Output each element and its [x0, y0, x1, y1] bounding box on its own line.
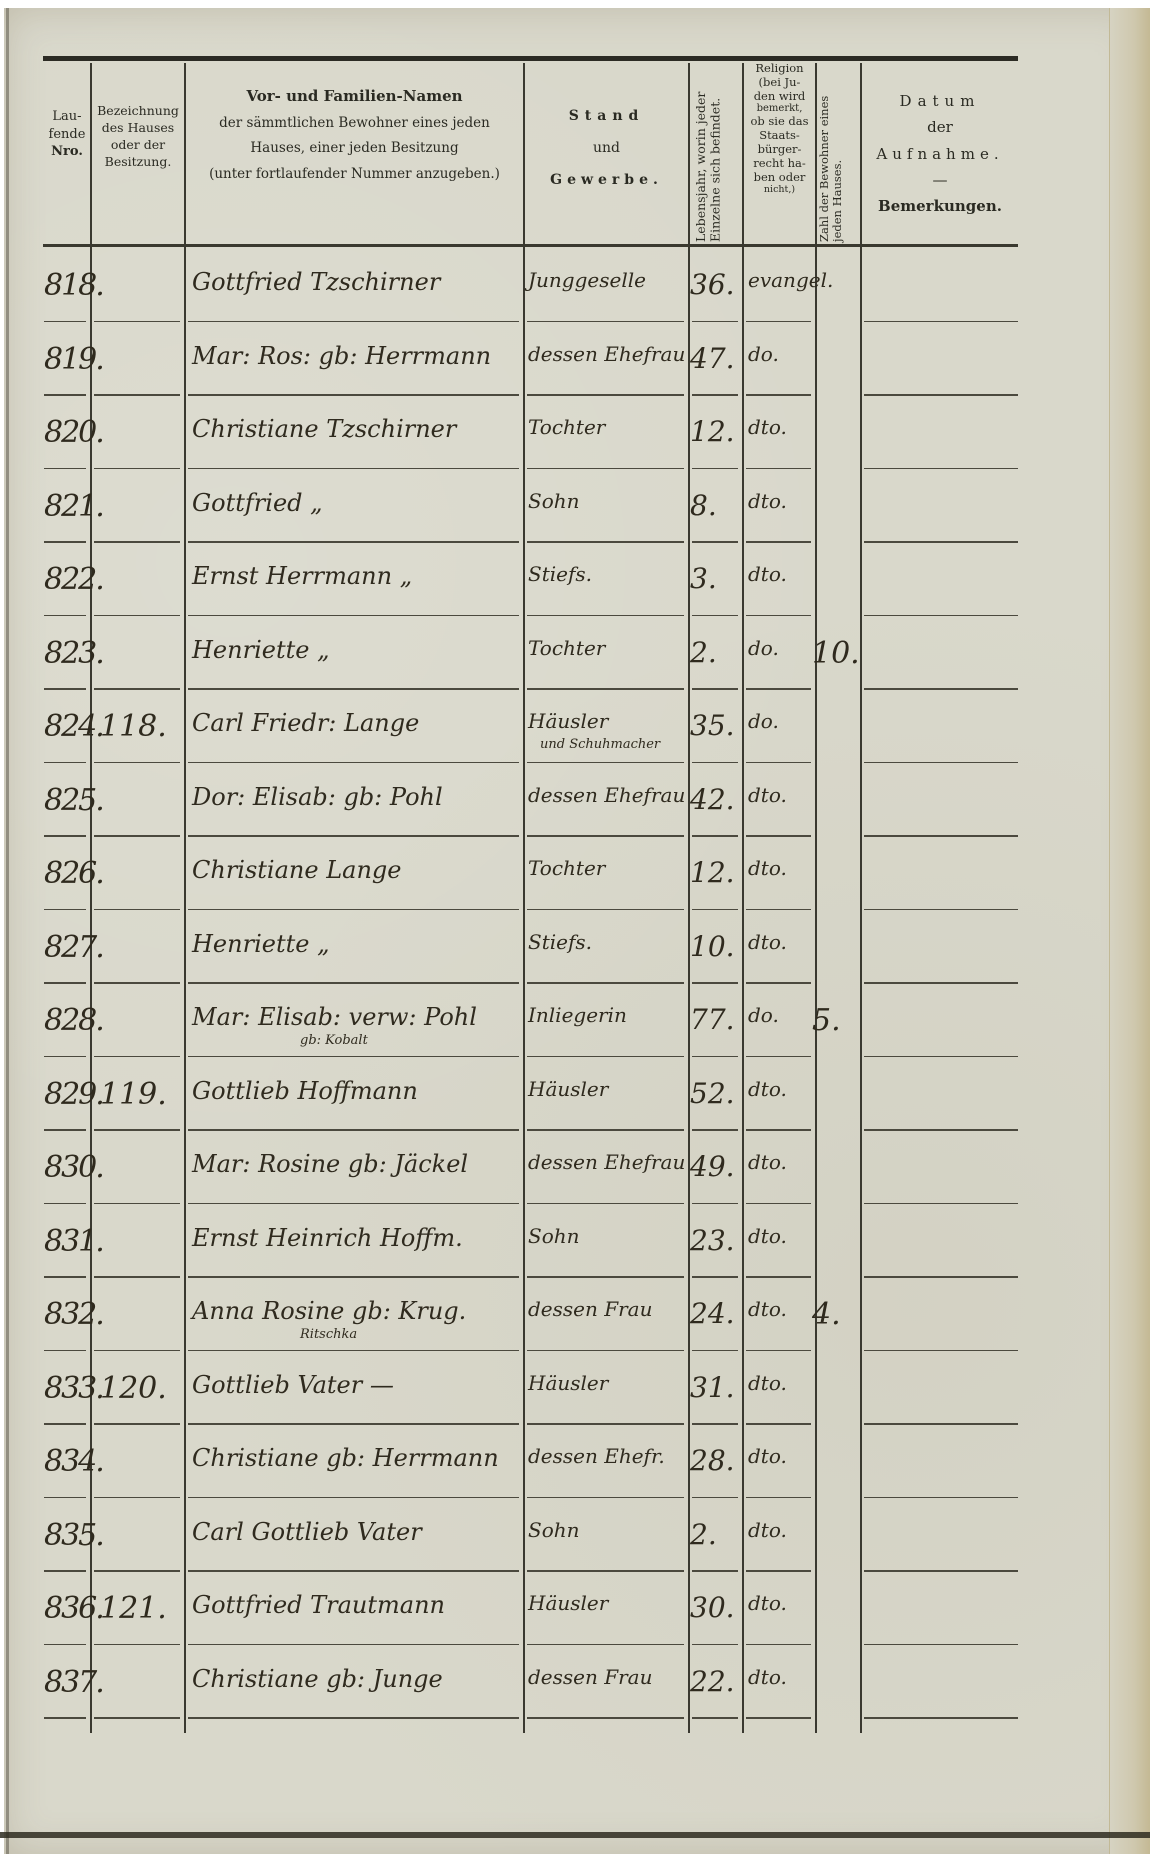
- row-separator: [527, 1644, 684, 1646]
- row-separator: [527, 468, 684, 470]
- row-separator: [746, 762, 811, 764]
- row-separator: [746, 615, 811, 617]
- row-separator: [692, 394, 738, 396]
- cell-count: 10.: [812, 636, 860, 671]
- cell-name: Ernst Herrmann „: [192, 562, 523, 590]
- row-separator: [527, 1350, 684, 1352]
- row-separator: [188, 835, 519, 837]
- page-edge-stack: [1109, 8, 1150, 1854]
- cell-age: 10.: [690, 930, 742, 963]
- header-text: Besitzung.: [92, 154, 184, 171]
- cell-nr: 825.: [44, 783, 90, 818]
- row-separator: [94, 1203, 180, 1205]
- row-separator: [188, 1129, 519, 1131]
- row-separator: [692, 1350, 738, 1352]
- row-separator: [188, 615, 519, 617]
- row-separator: [94, 688, 180, 690]
- cell-religion: dto.: [748, 1371, 815, 1395]
- row-separator: [44, 909, 86, 911]
- row-separator: [527, 1129, 684, 1131]
- cell-stand: Häusler: [528, 1371, 688, 1395]
- row-separator: [864, 1423, 1018, 1425]
- row-separator: [527, 1497, 684, 1499]
- cell-nr: 834.: [44, 1444, 90, 1479]
- col-divider-count: [860, 63, 862, 1733]
- header-bottom-rule: [43, 244, 1018, 247]
- row-separator: [188, 982, 519, 984]
- cell-nr: 831.: [44, 1224, 90, 1259]
- row-separator: [864, 1276, 1018, 1278]
- row-separator: [44, 835, 86, 837]
- row-separator: [527, 835, 684, 837]
- cell-religion: dto.: [748, 930, 815, 954]
- cell-name: Gottfried Trautmann: [192, 1591, 523, 1619]
- cell-religion: do.: [748, 1003, 815, 1027]
- row-separator: [746, 909, 811, 911]
- row-separator: [527, 1056, 684, 1058]
- row-separator: [746, 1423, 811, 1425]
- header-col-age: Lebensjahr, worin jeder Einzelne sich be…: [694, 64, 740, 242]
- row-separator: [527, 394, 684, 396]
- cell-name: Gottfried Tzschirner: [192, 268, 523, 296]
- header-col-count: Zahl der Bewohner eines jeden Hauses.: [818, 64, 858, 242]
- cell-nr: 826.: [44, 856, 90, 891]
- row-separator: [527, 909, 684, 911]
- header-text: Datum: [862, 88, 1018, 114]
- row-separator: [44, 688, 86, 690]
- cell-age: 42.: [690, 783, 742, 816]
- row-separator: [864, 1570, 1018, 1572]
- row-separator: [94, 1717, 180, 1719]
- header-text: oder der: [92, 137, 184, 154]
- row-separator: [44, 1570, 86, 1572]
- cell-nr: 828.: [44, 1003, 90, 1038]
- cell-stand: Stiefs.: [528, 930, 688, 954]
- header-text: Vor- und Familien-Namen: [186, 82, 523, 111]
- cell-age: 12.: [690, 415, 742, 448]
- binding-spine: [6, 8, 9, 1854]
- header-text: den wird: [744, 90, 815, 104]
- row-separator: [94, 835, 180, 837]
- row-separator: [864, 1350, 1018, 1352]
- cell-nr: 837.: [44, 1665, 90, 1700]
- header-text: fende: [44, 126, 90, 144]
- cell-nr: 830.: [44, 1150, 90, 1185]
- header-text: bürger-: [744, 143, 815, 157]
- row-separator: [692, 541, 738, 543]
- row-separator: [188, 541, 519, 543]
- row-separator: [44, 1129, 86, 1131]
- row-separator: [188, 1644, 519, 1646]
- cell-religion: dto.: [748, 1591, 815, 1615]
- col-divider-age: [742, 63, 744, 1733]
- row-separator: [527, 1717, 684, 1719]
- cell-stand: Häusler: [528, 709, 688, 733]
- cell-religion: evangel.: [748, 268, 815, 292]
- row-separator: [44, 1350, 86, 1352]
- row-separator: [864, 468, 1018, 470]
- row-separator: [864, 688, 1018, 690]
- row-separator: [94, 394, 180, 396]
- row-separator: [692, 762, 738, 764]
- cell-age: 2.: [690, 1518, 742, 1551]
- header-text: Bezeichnung: [92, 103, 184, 120]
- row-separator: [188, 1056, 519, 1058]
- header-text: des Hauses: [92, 120, 184, 137]
- row-separator: [746, 1056, 811, 1058]
- cell-house: 119.: [100, 1077, 184, 1112]
- row-separator: [527, 1423, 684, 1425]
- cell-stand: Häusler: [528, 1591, 688, 1615]
- header-text: der sämmtlichen Bewohner eines jeden: [186, 111, 523, 137]
- cell-nr: 823.: [44, 636, 90, 671]
- cell-name-annotation: gb: Kobalt: [300, 1033, 368, 1048]
- row-separator: [746, 541, 811, 543]
- row-separator: [746, 982, 811, 984]
- row-separator: [864, 1203, 1018, 1205]
- row-separator: [188, 321, 519, 323]
- cell-religion: dto.: [748, 1297, 815, 1321]
- cell-nr: 836.: [44, 1591, 90, 1626]
- row-separator: [44, 541, 86, 543]
- cell-nr: 827.: [44, 930, 90, 965]
- header-text: (unter fortlaufender Nummer anzugeben.): [186, 162, 523, 188]
- header-text: Hauses, einer jeden Besitzung: [186, 136, 523, 162]
- header-col-stand: Stand und Gewerbe.: [525, 100, 688, 197]
- cell-stand: Tochter: [528, 415, 688, 439]
- cell-house: 121.: [100, 1591, 184, 1626]
- cell-age: 2.: [690, 636, 742, 669]
- row-separator: [527, 321, 684, 323]
- cell-name: Carl Gottlieb Vater: [192, 1518, 523, 1546]
- row-separator: [94, 982, 180, 984]
- cell-stand: Stiefs.: [528, 562, 688, 586]
- cell-age: 3.: [690, 562, 742, 595]
- cell-age: 12.: [690, 856, 742, 889]
- row-separator: [188, 762, 519, 764]
- header-col-remarks: Datum der Aufnahme. — Bemerkungen.: [862, 88, 1018, 219]
- cell-stand: Sohn: [528, 489, 688, 513]
- row-separator: [864, 1129, 1018, 1131]
- cell-religion: dto.: [748, 856, 815, 880]
- cell-age: 8.: [690, 489, 742, 522]
- row-separator: [527, 1570, 684, 1572]
- cell-nr: 821.: [44, 489, 90, 524]
- row-separator: [692, 1056, 738, 1058]
- cell-name: Christiane Tzschirner: [192, 415, 523, 443]
- cell-age: 77.: [690, 1003, 742, 1036]
- row-separator: [188, 394, 519, 396]
- cell-religion: dto.: [748, 1665, 815, 1689]
- cell-age: 23.: [690, 1224, 742, 1257]
- row-separator: [94, 1423, 180, 1425]
- row-separator: [746, 1570, 811, 1572]
- row-separator: [692, 1203, 738, 1205]
- row-separator: [527, 982, 684, 984]
- cell-nr: 832.: [44, 1297, 90, 1332]
- row-separator: [44, 468, 86, 470]
- row-separator: [692, 615, 738, 617]
- row-separator: [746, 1203, 811, 1205]
- cell-religion: do.: [748, 636, 815, 660]
- row-separator: [94, 468, 180, 470]
- cell-stand: dessen Frau: [528, 1665, 688, 1689]
- cell-stand: dessen Ehefrau: [528, 342, 688, 366]
- cell-age: 35.: [690, 709, 742, 742]
- row-separator: [746, 1497, 811, 1499]
- header-text: ben oder: [744, 171, 815, 185]
- row-separator: [44, 1423, 86, 1425]
- cell-religion: dto.: [748, 1224, 815, 1248]
- row-separator: [188, 1497, 519, 1499]
- cell-nr: 824.: [44, 709, 90, 744]
- header-col-religion: Religion (bei Ju- den wird bemerkt, ob s…: [744, 62, 815, 196]
- cell-stand: Sohn: [528, 1518, 688, 1542]
- row-separator: [527, 688, 684, 690]
- cell-name: Dor: Elisab: gb: Pohl: [192, 783, 523, 811]
- col-divider-house: [184, 63, 186, 1733]
- cell-name: Gottlieb Hoffmann: [192, 1077, 523, 1105]
- cell-nr: 819.: [44, 342, 90, 377]
- cell-name: Christiane gb: Junge: [192, 1665, 523, 1693]
- col-divider-stand: [688, 63, 690, 1733]
- row-separator: [44, 615, 86, 617]
- cell-house: 120.: [100, 1371, 184, 1406]
- row-separator: [44, 982, 86, 984]
- cell-name: Gottfried „: [192, 489, 523, 517]
- row-separator: [94, 1497, 180, 1499]
- row-separator: [692, 1570, 738, 1572]
- cell-name: Anna Rosine gb: Krug.: [192, 1297, 523, 1325]
- cell-age: 24.: [690, 1297, 742, 1330]
- cell-stand: Tochter: [528, 856, 688, 880]
- header-text: Stand: [525, 100, 688, 132]
- row-separator: [864, 982, 1018, 984]
- row-separator: [527, 1276, 684, 1278]
- row-separator: [692, 1276, 738, 1278]
- row-separator: [44, 1056, 86, 1058]
- cell-name: Henriette „: [192, 930, 523, 958]
- cell-name: Henriette „: [192, 636, 523, 664]
- cell-count: 5.: [812, 1003, 860, 1038]
- header-text: und: [525, 132, 688, 164]
- cell-stand: Inliegerin: [528, 1003, 688, 1027]
- header-text: der: [862, 114, 1018, 140]
- row-separator: [527, 762, 684, 764]
- row-separator: [188, 1423, 519, 1425]
- row-separator: [692, 1423, 738, 1425]
- row-separator: [746, 688, 811, 690]
- cell-nr: 835.: [44, 1518, 90, 1553]
- row-separator: [44, 321, 86, 323]
- cell-name: Mar: Rosine gb: Jäckel: [192, 1150, 523, 1178]
- cell-name: Christiane gb: Herrmann: [192, 1444, 523, 1472]
- row-separator: [94, 321, 180, 323]
- header-text: —: [862, 167, 1018, 193]
- row-separator: [864, 1717, 1018, 1719]
- cell-religion: dto.: [748, 1518, 815, 1542]
- row-separator: [864, 835, 1018, 837]
- header-col-house: Bezeichnung des Hauses oder der Besitzun…: [92, 103, 184, 171]
- cell-age: 30.: [690, 1591, 742, 1624]
- cell-name: Christiane Lange: [192, 856, 523, 884]
- row-separator: [864, 541, 1018, 543]
- row-separator: [746, 1276, 811, 1278]
- row-separator: [746, 835, 811, 837]
- row-separator: [746, 394, 811, 396]
- col-divider-religion: [815, 63, 817, 1733]
- row-separator: [746, 321, 811, 323]
- row-separator: [692, 1129, 738, 1131]
- page-bottom-edge: [0, 1832, 1150, 1838]
- cell-nr: 833.: [44, 1371, 90, 1406]
- row-separator: [864, 1644, 1018, 1646]
- row-separator: [527, 541, 684, 543]
- cell-religion: dto.: [748, 1444, 815, 1468]
- cell-stand: Sohn: [528, 1224, 688, 1248]
- row-separator: [44, 1644, 86, 1646]
- row-separator: [692, 835, 738, 837]
- cell-religion: dto.: [748, 783, 815, 807]
- header-text: recht ha-: [744, 157, 815, 171]
- row-separator: [864, 762, 1018, 764]
- cell-religion: do.: [748, 709, 815, 733]
- header-text: Aufnahme.: [862, 141, 1018, 167]
- row-separator: [44, 1276, 86, 1278]
- row-separator: [188, 1350, 519, 1352]
- cell-age: 47.: [690, 342, 742, 375]
- cell-age: 22.: [690, 1665, 742, 1698]
- header-text: (bei Ju-: [744, 76, 815, 90]
- header-text: nicht,): [744, 184, 815, 195]
- row-separator: [94, 909, 180, 911]
- header-text: Bemerkungen.: [862, 193, 1018, 219]
- row-separator: [188, 1717, 519, 1719]
- row-separator: [94, 1570, 180, 1572]
- row-separator: [44, 762, 86, 764]
- row-separator: [188, 909, 519, 911]
- row-separator: [44, 1203, 86, 1205]
- cell-stand: dessen Ehefrau: [528, 783, 688, 807]
- cell-religion: dto.: [748, 1150, 815, 1174]
- cell-age: 31.: [690, 1371, 742, 1404]
- cell-name-annotation: Ritschka: [300, 1327, 357, 1342]
- row-separator: [864, 321, 1018, 323]
- row-separator: [188, 688, 519, 690]
- row-separator: [746, 1129, 811, 1131]
- row-separator: [94, 1276, 180, 1278]
- header-text: Religion: [744, 62, 815, 76]
- row-separator: [188, 1203, 519, 1205]
- cell-age: 49.: [690, 1150, 742, 1183]
- row-separator: [94, 1350, 180, 1352]
- row-separator: [692, 1497, 738, 1499]
- row-separator: [692, 468, 738, 470]
- cell-name: Gottlieb Vater —: [192, 1371, 523, 1399]
- cell-name: Mar: Elisab: verw: Pohl: [192, 1003, 523, 1031]
- cell-house: 118.: [100, 709, 184, 744]
- row-separator: [527, 615, 684, 617]
- cell-age: 36.: [690, 268, 742, 301]
- cell-name: Ernst Heinrich Hoffm.: [192, 1224, 523, 1252]
- row-separator: [94, 1129, 180, 1131]
- row-separator: [188, 1276, 519, 1278]
- row-separator: [864, 1497, 1018, 1499]
- row-separator: [44, 394, 86, 396]
- cell-stand: Tochter: [528, 636, 688, 660]
- cell-religion: do.: [748, 342, 815, 366]
- row-separator: [864, 615, 1018, 617]
- row-separator: [746, 1350, 811, 1352]
- header-top-rule: [43, 56, 1018, 61]
- row-separator: [94, 1056, 180, 1058]
- row-separator: [746, 1644, 811, 1646]
- header-col-nr: Lau- fende Nro.: [44, 108, 90, 161]
- row-separator: [94, 762, 180, 764]
- cell-stand: dessen Ehefr.: [528, 1444, 688, 1468]
- header-text: ob sie das: [744, 115, 815, 129]
- row-separator: [188, 468, 519, 470]
- cell-nr: 822.: [44, 562, 90, 597]
- row-separator: [864, 909, 1018, 911]
- row-separator: [692, 909, 738, 911]
- col-divider-nr: [90, 63, 92, 1733]
- cell-nr: 829.: [44, 1077, 90, 1112]
- cell-stand-annotation: und Schuhmacher: [540, 737, 660, 752]
- row-separator: [692, 688, 738, 690]
- row-separator: [94, 541, 180, 543]
- cell-stand: Häusler: [528, 1077, 688, 1101]
- col-divider-names: [523, 63, 525, 1733]
- row-separator: [692, 1644, 738, 1646]
- header-col-names: Vor- und Familien-Namen der sämmtlichen …: [186, 82, 523, 187]
- cell-stand: dessen Ehefrau: [528, 1150, 688, 1174]
- header-text: Lau-: [44, 108, 90, 126]
- row-separator: [692, 1717, 738, 1719]
- cell-religion: dto.: [748, 562, 815, 586]
- row-separator: [746, 1717, 811, 1719]
- cell-religion: dto.: [748, 415, 815, 439]
- cell-count: 4.: [812, 1297, 860, 1332]
- cell-name: Carl Friedr: Lange: [192, 709, 523, 737]
- cell-stand: dessen Frau: [528, 1297, 688, 1321]
- cell-religion: dto.: [748, 1077, 815, 1101]
- header-text: Nro.: [44, 143, 90, 161]
- header-text: Gewerbe.: [525, 164, 688, 196]
- row-separator: [94, 615, 180, 617]
- cell-name: Mar: Ros: gb: Herrmann: [192, 342, 523, 370]
- cell-age: 52.: [690, 1077, 742, 1110]
- cell-nr: 818.: [44, 268, 90, 303]
- header-text: Staats-: [744, 129, 815, 143]
- row-separator: [188, 1570, 519, 1572]
- cell-age: 28.: [690, 1444, 742, 1477]
- row-separator: [746, 468, 811, 470]
- row-separator: [44, 1717, 86, 1719]
- row-separator: [864, 1056, 1018, 1058]
- row-separator: [94, 1644, 180, 1646]
- row-separator: [44, 1497, 86, 1499]
- cell-nr: 820.: [44, 415, 90, 450]
- row-separator: [527, 1203, 684, 1205]
- row-separator: [692, 982, 738, 984]
- row-separator: [692, 321, 738, 323]
- row-separator: [864, 394, 1018, 396]
- cell-stand: Junggeselle: [528, 268, 688, 292]
- cell-religion: dto.: [748, 489, 815, 513]
